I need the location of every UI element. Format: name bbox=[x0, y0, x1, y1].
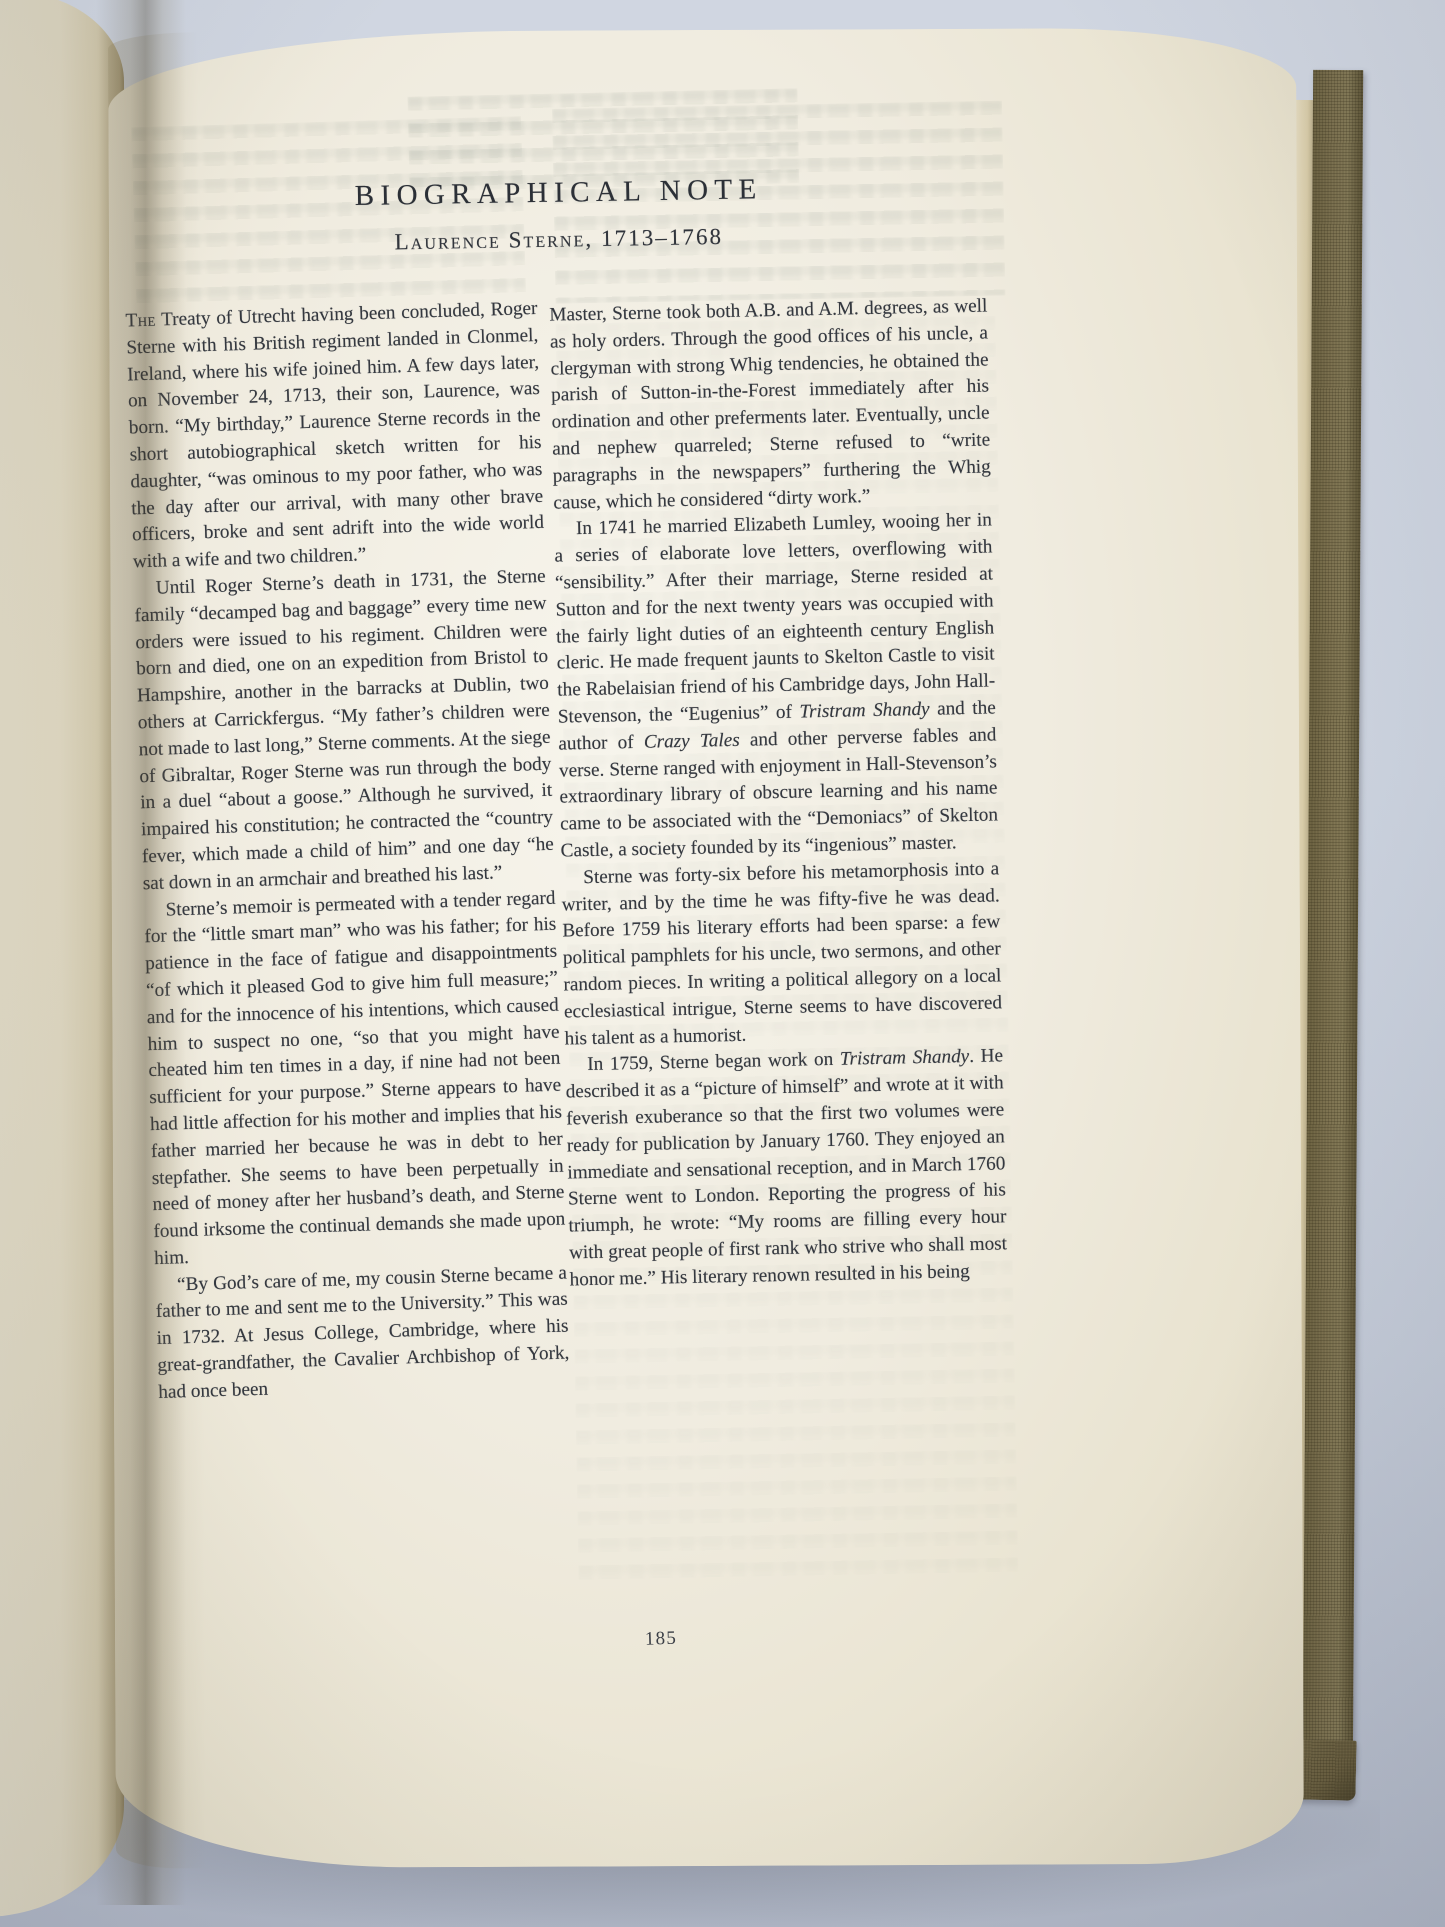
gutter-shadow bbox=[96, 0, 186, 1905]
page-number: 185 bbox=[645, 1628, 678, 1651]
book-page: BIOGRAPHICAL NOTE Laurence Sterne, 1713–… bbox=[108, 27, 1304, 1868]
paragraph: In 1741 he married Elizabeth Lumley, woo… bbox=[554, 508, 999, 865]
paragraph: “By God’s care of me, my cousin Sterne b… bbox=[155, 1260, 571, 1407]
paragraph: The Treaty of Utrecht having been conclu… bbox=[125, 296, 545, 576]
paragraph: Until Roger Sterne’s death in 1731, the … bbox=[133, 564, 555, 898]
book-cover-cloth bbox=[1303, 70, 1363, 1770]
italic-text: Tristram Shandy bbox=[840, 1046, 970, 1070]
paragraph: Master, Sterne took both A.B. and A.M. d… bbox=[549, 294, 991, 518]
right-column: Master, Sterne took both A.B. and A.M. d… bbox=[549, 294, 1008, 1294]
paragraph: In 1759, Sterne began work on Tristram S… bbox=[565, 1044, 1008, 1294]
italic-text: Tristram Shandy bbox=[799, 699, 930, 723]
book-photo: BIOGRAPHICAL NOTE Laurence Sterne, 1713–… bbox=[0, 0, 1445, 1927]
left-column: The Treaty of Utrecht having been conclu… bbox=[125, 296, 570, 1407]
paragraph: Sterne’s memoir is permeated with a tend… bbox=[143, 885, 566, 1273]
italic-text: Crazy Tales bbox=[644, 730, 740, 753]
paragraph: Sterne was forty-six before his metamorp… bbox=[561, 856, 1003, 1053]
